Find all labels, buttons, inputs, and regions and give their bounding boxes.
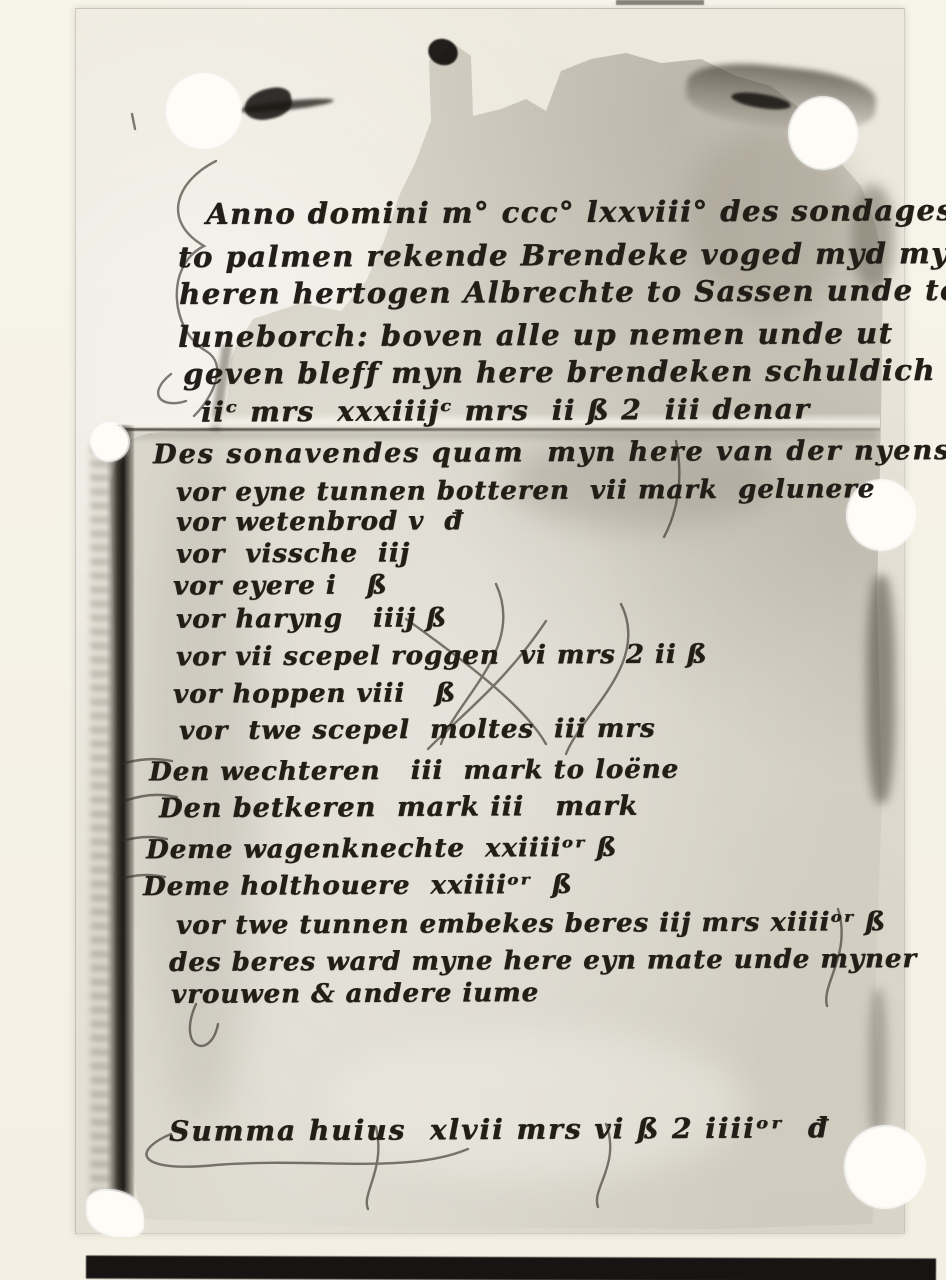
manuscript-summa-line: Summa huius xlvii mrs vi ß 2 iiiiᵒʳ đ [169,1114,830,1145]
manuscript-line: to palmen rekende Brendeke voged myd myn… [178,239,946,272]
scan-edge-mark [616,0,704,5]
manuscript-line: Den wechteren iii mark to loëne [149,757,679,786]
manuscript-line: vor vii scepel roggen vi mrs 2 ii ß [176,642,707,671]
manuscript-line: vor eyere i ß [173,572,388,599]
manuscript-line: des beres ward myne here eyn mate unde m… [169,946,917,976]
manuscript-line: Des sonavendes quam myn here van der nye… [153,437,946,468]
manuscript-line: heren hertogen Albrechte to Sassen unde … [179,276,946,309]
manuscript-line: luneborch: boven alle up nemen unde ut [178,319,893,352]
manuscript-line: Den betkeren mark iii mark [159,793,638,823]
manuscript-line: Deme wagenknechte xxiiiiᵒʳ ß [146,835,617,863]
scan-background: Anno domini m° ccc° lxxviii° des sondage… [0,0,946,1280]
manuscript-line: iiᶜ mrs xxxiiijᶜ mrs ii ß 2 iii denar [201,395,811,426]
manuscript-line: vor eyne tunnen botteren vii mark gelune… [176,476,875,506]
manuscript-line: vor haryng iiij ß [176,605,447,632]
manuscript-line: vor twe scepel moltes iii mrs [179,716,656,744]
photo-print: Anno domini m° ccc° lxxviii° des sondage… [75,8,905,1234]
damage-spot-bottom-left [88,1191,142,1235]
scan-edge-strip [86,1256,936,1280]
damage-spot-top-left [168,75,240,147]
manuscript-line: vor twe tunnen embekes beres iij mrs xii… [176,909,886,939]
manuscript-line: vor hoppen viii ß [173,680,456,707]
manuscript-line: Anno domini m° ccc° lxxviii° des sondage… [206,196,946,229]
ink-blot [241,84,294,123]
manuscript-line: geven bleff myn here brendeken schuldich [183,356,936,389]
manuscript-line: vor wetenbrod v đ [176,508,464,536]
manuscript-line: vrouwen & andere iume [171,980,539,1008]
manuscript-line: vor vissche iij [176,540,410,567]
torn-edge-fibers [90,439,110,1209]
ink-streak [238,96,334,115]
manuscript-line: Deme holthouere xxiiiiᵒʳ ß [143,872,573,900]
